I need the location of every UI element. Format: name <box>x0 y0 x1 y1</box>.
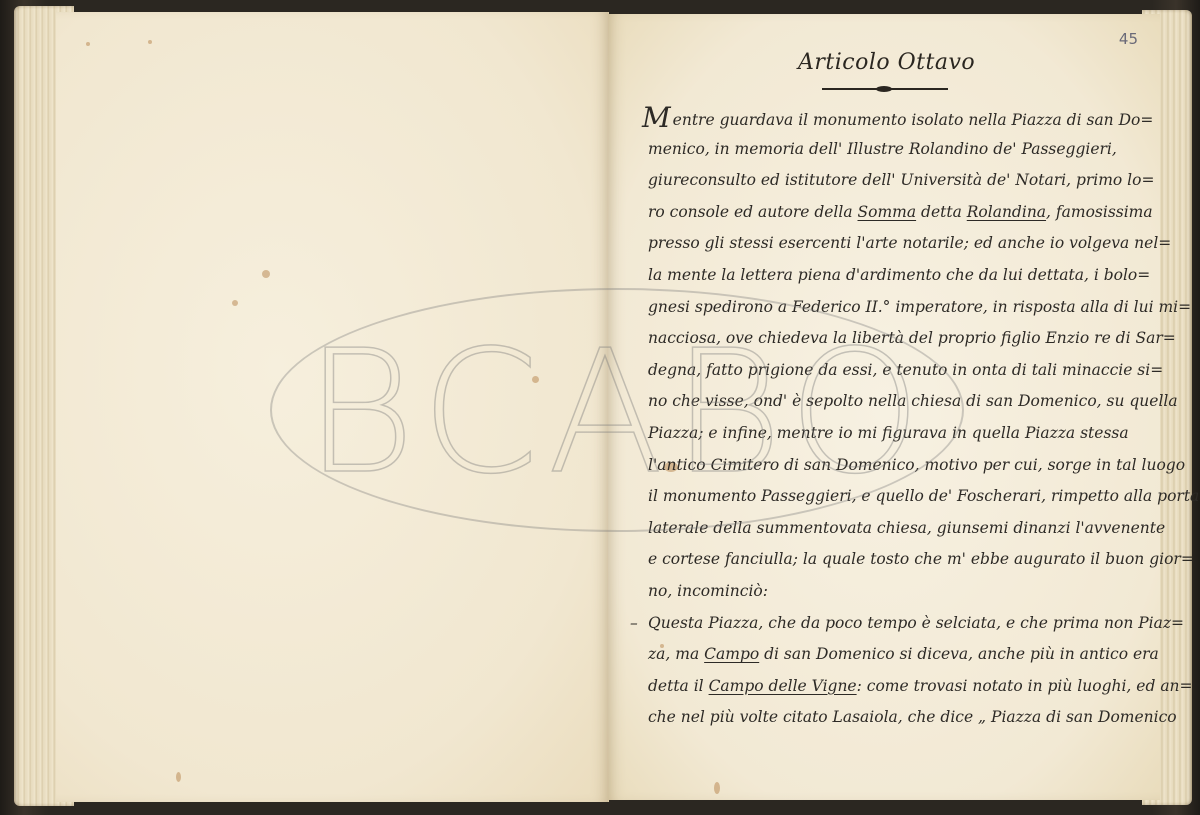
text-line: no che visse, ond' è sepolto nella chies… <box>642 386 1142 418</box>
text-line: degna, fatto prigione da essi, e tenuto … <box>642 355 1142 387</box>
right-page: 45 Articolo Ottavo Mentre guardava il mo… <box>608 14 1160 800</box>
text-line: presso gli stessi esercenti l'arte notar… <box>642 228 1142 260</box>
text-line: giureconsulto ed istitutore dell' Univer… <box>642 165 1142 197</box>
text-line: za, ma Campo di san Domenico si diceva, … <box>642 639 1142 671</box>
underlined-term: Campo delle Vigne <box>709 677 857 695</box>
manuscript-text: Mentre guardava il monumento isolato nel… <box>642 102 1142 734</box>
text-line: il monumento Passeggieri, e quello de' F… <box>642 481 1142 513</box>
text-line: Piazza; e infine, mentre io mi figurava … <box>642 418 1142 450</box>
foxing-spot <box>148 40 152 44</box>
text-line: nacciosa, ove chiedeva la libertà del pr… <box>642 323 1142 355</box>
underlined-term: Rolandina <box>967 203 1046 221</box>
article-title: Articolo Ottavo <box>798 50 975 75</box>
foxing-spot <box>532 376 539 383</box>
text-line: che nel più volte citato Lasaiola, che d… <box>642 702 1142 734</box>
left-page <box>56 12 609 802</box>
foxing-spot <box>176 772 181 782</box>
foxing-spot <box>86 42 90 46</box>
dialogue-dash: – <box>630 608 640 640</box>
underlined-term: Somma <box>858 203 917 221</box>
text-line: menico, in memoria dell' Illustre Roland… <box>642 134 1142 166</box>
text-line: gnesi spedirono a Federico II.° imperato… <box>642 292 1142 324</box>
drop-capital: M <box>642 101 671 134</box>
text-line: no, incominciò: <box>642 576 1142 608</box>
title-underline-ornament <box>822 88 948 90</box>
text-line: Mentre guardava il monumento isolato nel… <box>642 102 1142 134</box>
text-line: –Questa Piazza, che da poco tempo è selc… <box>642 608 1142 640</box>
text-line: detta il Campo delle Vigne: come trovasi… <box>642 671 1142 703</box>
foxing-spot <box>714 782 720 794</box>
foxing-spot <box>232 300 238 306</box>
foxing-spot <box>262 270 270 278</box>
text-line: l'antico Cimitero di san Domenico, motiv… <box>642 450 1142 482</box>
text-line: e cortese fanciulla; la quale tosto che … <box>642 544 1142 576</box>
text-line: ro console ed autore della Somma detta R… <box>642 197 1142 229</box>
text-line: laterale della summentovata chiesa, giun… <box>642 513 1142 545</box>
underlined-term: Campo <box>704 645 759 663</box>
text-line: la mente la lettera piena d'ardimento ch… <box>642 260 1142 292</box>
page-number: 45 <box>1119 30 1138 48</box>
